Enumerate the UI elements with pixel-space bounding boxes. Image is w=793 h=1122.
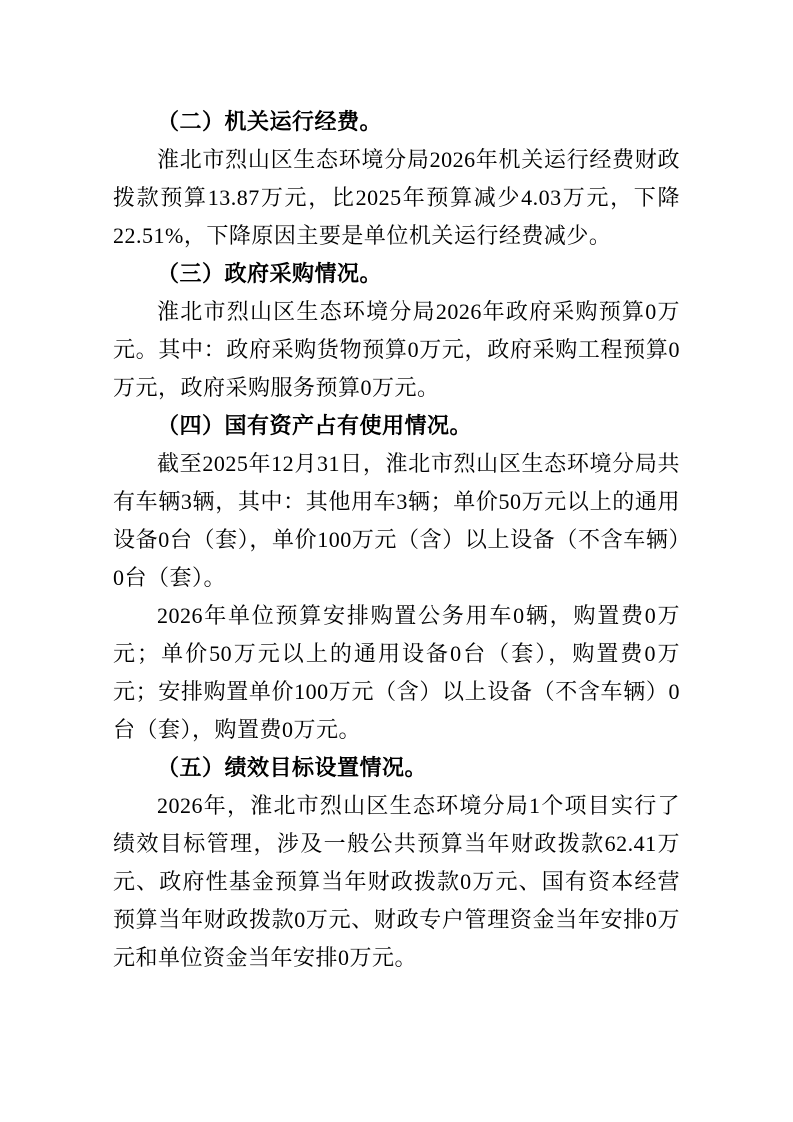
document-page: （二）机关运行经费。 淮北市烈山区生态环境分局2026年机关运行经费财政拨款预算…	[0, 0, 793, 1122]
section-heading-performance-targets: （五）绩效目标设置情况。	[113, 749, 680, 787]
section-heading-organ-operating-funds: （二）机关运行经费。	[113, 103, 680, 141]
paragraph-performance-targets: 2026年，淮北市烈山区生态环境分局1个项目实行了绩效目标管理，涉及一般公共预算…	[113, 787, 680, 977]
paragraph-state-owned-assets-current: 截至2025年12月31日，淮北市烈山区生态环境分局共有车辆3辆，其中：其他用车…	[113, 445, 680, 597]
section-heading-government-procurement: （三）政府采购情况。	[113, 255, 680, 293]
section-heading-state-owned-assets: （四）国有资产占有使用情况。	[113, 407, 680, 445]
paragraph-organ-operating-funds: 淮北市烈山区生态环境分局2026年机关运行经费财政拨款预算13.87万元，比20…	[113, 141, 680, 255]
paragraph-government-procurement: 淮北市烈山区生态环境分局2026年政府采购预算0万元。其中：政府采购货物预算0万…	[113, 293, 680, 407]
paragraph-state-owned-assets-budget: 2026年单位预算安排购置公务用车0辆，购置费0万元；单价50万元以上的通用设备…	[113, 597, 680, 749]
